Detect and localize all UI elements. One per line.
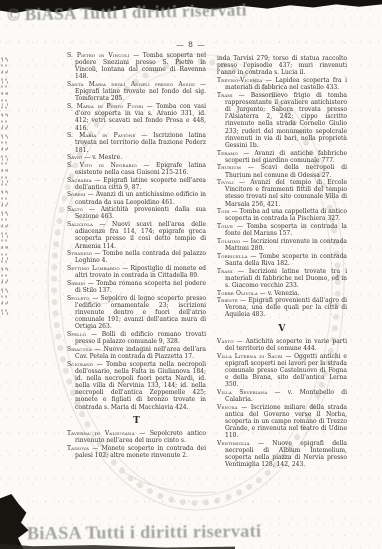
index-entry: Tolmino — Iscrizioni rinvenute in contra… — [217, 238, 347, 252]
entry-headword: S. Vito di Negrario — [67, 162, 137, 169]
entry-body: — Tomba ad una cappelletta di antico sco… — [225, 208, 347, 222]
entry-body: — Bassorilievo frigio di tomba rappresen… — [225, 92, 347, 149]
entry-body: — Avanzi di un antichissimo edificio in … — [75, 191, 206, 205]
section-heading: T — [67, 418, 206, 425]
entry-headword: Venosa — [217, 404, 238, 411]
section-heading: V — [217, 326, 347, 333]
entry-headword: Sacraria — [67, 177, 92, 184]
entry-headword: Stradigo — [67, 250, 92, 257]
index-entry: Soresi — Avanzi di un antichissimo edifi… — [67, 191, 206, 205]
entry-headword: Savio — [67, 154, 82, 161]
entry-headword: Todi — [217, 208, 230, 215]
index-entry: Spoleto — Sepolcro di legno scoperto pre… — [67, 295, 206, 331]
watermark-bottom: BiASA Tutti i diritti riservati — [27, 521, 262, 544]
entry-headword: Treviso-Vicenza — [217, 77, 262, 84]
scanned-page: { "page": { "top_watermark": "© BiASA Tu… — [0, 0, 382, 549]
index-entry: S. Maria in Porto Fuori — Tomba con vasi… — [67, 103, 206, 132]
entry-body: — Avanzi di antiche fabbriche scoperti n… — [225, 150, 347, 164]
index-entry: Stradigo — Tombe nella contrada del pala… — [67, 250, 206, 264]
index-entry: Sirmio — Tomba romana scoperta nel poder… — [67, 280, 206, 294]
entry-headword: Tolmino — [217, 238, 240, 245]
index-entry: Villa Literna di Sacri — Oggetti antichi… — [217, 353, 347, 389]
entry-headword: Tivoli — [217, 179, 234, 186]
entry-body: — Nuove indagini nell'area dell'ara Cav.… — [75, 346, 206, 360]
entry-headword: Tassova — [67, 445, 89, 452]
index-entry: Taverna in Valsugana — Sepolcreto antico… — [67, 430, 206, 444]
entry-headword: Salto — [67, 206, 83, 213]
index-entry: S. Maria in Pavione — Iscrizione latina … — [67, 132, 206, 153]
scan-blot-bottom-left — [0, 494, 30, 549]
entry-headword: Siracusa — [67, 346, 92, 353]
entry-headword: Teramo — [217, 150, 238, 157]
entry-headword: Trieste — [217, 297, 238, 304]
entry-body: — Monete scoperte in contrada dei palesi… — [75, 445, 206, 459]
index-entry: Tolve — Tomba scoperta in contrada la fo… — [217, 223, 347, 237]
index-entry: Santa Maria degli Angeli presso Assisi —… — [67, 81, 206, 102]
entry-headword: S. Maria in Porto Fuori — [67, 103, 143, 110]
index-entry: Settimo Lombardo — Ripostiglio di monete… — [67, 265, 206, 279]
entry-headword: Villa Severiana — [217, 389, 267, 396]
entry-headword: Ventimiglia — [217, 440, 250, 447]
entry-headword: S. Maria in Pavione — [67, 132, 136, 139]
entry-body: — Nuovi scavi nell'area delle adiacenze … — [75, 221, 206, 249]
entry-headword: Thurium — [217, 164, 241, 171]
entry-body: — Bolli di edificio romano trovati press… — [75, 331, 206, 345]
index-column-right: inda Tarvisi 279; torso di statua raccol… — [217, 55, 347, 469]
index-entry: Tivoli — Avanzi del tempio di Ercole Vin… — [217, 179, 347, 208]
index-column-left: S. Pietro in Vincoli — Tomba scoperta ne… — [67, 52, 206, 459]
entry-body: — v. Venezia. — [258, 290, 300, 297]
index-entry: Torricella — Tombe scoperte in contrada … — [217, 253, 347, 267]
entry-body: — Iscrizione miliare della strada antica… — [225, 404, 347, 440]
index-entry: Treviso-Vicenza — Lapidea scoperta fra i… — [217, 77, 347, 91]
entry-headword: Spello — [67, 331, 86, 338]
index-entry: inda Tarvisi 279; torso di statua raccol… — [217, 55, 347, 76]
index-entry: Tassova — Monete scoperte in contrada de… — [67, 445, 206, 459]
entry-headword: Santa Maria degli Angeli presso Assisi — [67, 81, 195, 88]
index-entry: Vasto — Antichità scoperte in varie part… — [217, 338, 347, 352]
entry-headword: V — [278, 324, 285, 334]
entry-headword: Trani — [217, 92, 233, 99]
entry-headword: Trani — [217, 268, 233, 275]
entry-headword: Vasto — [217, 338, 234, 345]
index-entry: Salto — Antichità provenienti dalla sua … — [67, 206, 206, 220]
index-entry: Siracusa — Nuove indagini nell'area dell… — [67, 346, 206, 360]
left-margin-speckle — [0, 55, 9, 315]
entry-body: — Tombe nella contrada del palazzo Loghi… — [75, 250, 206, 264]
entry-headword: Tolve — [217, 223, 233, 230]
index-entry: Trani — Iscrizioni latine trovate tra i … — [217, 268, 347, 289]
entry-headword: Villa Literna di Sacri — [217, 353, 283, 360]
entry-headword: S. Pietro in Vincoli — [67, 52, 129, 59]
entry-headword: Settimo Lombardo — [67, 265, 120, 272]
index-entry: Thurium — Scavi della necropoli di Thuri… — [217, 164, 347, 178]
entry-headword: Torre Olivola — [217, 290, 258, 297]
index-entry: Venosa — Iscrizione miliare della strada… — [217, 404, 347, 440]
index-entry: S. Pietro in Vincoli — Tomba scoperta ne… — [67, 52, 206, 81]
entry-body: — Sepolcro di legno scoperto presso l'ed… — [75, 295, 206, 331]
entry-body: — Tomba romana scoperta nel podere di St… — [75, 280, 206, 294]
entry-body: — Tomba scoperta in contrada la fonte de… — [225, 223, 347, 237]
entry-headword: Scignano — [67, 361, 93, 368]
index-entry: Torre Olivola — v. Venezia. — [217, 290, 347, 297]
entry-headword: Saliciola — [67, 221, 93, 228]
entry-body: — Antichità provenienti dalla sua Sezion… — [75, 206, 206, 220]
index-entry: Villa Severiana — v. Montebello di Calab… — [217, 389, 347, 403]
entry-body: — Epigrafi provenienti dall'agro di Vero… — [225, 297, 347, 318]
entry-headword: T — [133, 416, 140, 426]
index-entry: Saliciola — Nuovi scavi nell'area delle … — [67, 221, 206, 250]
entry-body: — Tomba scoperta nella necropoli dell'os… — [75, 361, 206, 411]
index-entry: Spello — Bolli di edificio romano trovat… — [67, 331, 206, 345]
entry-body: inda Tarvisi 279; torso di statua raccol… — [217, 55, 347, 76]
entry-body: — v. Mestre. — [82, 154, 122, 161]
index-entry: Savio — v. Mestre. — [67, 154, 206, 161]
index-entry: Ventimiglia — Nuove epigrafi della necro… — [217, 440, 347, 469]
index-entry: S. Vito di Negrario — Epigrafe latina es… — [67, 162, 206, 176]
index-entry: Trieste — Epigrafi provenienti dall'agro… — [217, 297, 347, 318]
index-entry: Sacraria — Epigrafi latine scoperte nell… — [67, 177, 206, 191]
entry-body: — Scavi della necropoli di Thurium nel c… — [225, 164, 347, 178]
entry-headword: Torricella — [217, 253, 248, 260]
entry-headword: Sirmio — [67, 280, 86, 287]
index-entry: Trani — Bassorilievo frigio di tomba rap… — [217, 92, 347, 149]
index-entry: Todi — Tomba ad una cappelletta di antic… — [217, 208, 347, 222]
entry-body: — Epigrafi latine scoperte nell'area del… — [75, 177, 206, 191]
entry-body: — Avanzi del tempio di Ercole Vincitore … — [225, 179, 347, 207]
page-number: — 8 — — [0, 40, 382, 49]
entry-headword: Taverna in Valsugana — [67, 430, 135, 437]
entry-headword: Spoleto — [67, 295, 90, 302]
entry-body: — Antichità scoperte in varie parti del … — [225, 338, 347, 352]
index-entry: Scignano — Tomba scoperta nella necropol… — [67, 361, 206, 411]
entry-headword: Soresi — [67, 191, 86, 198]
entry-body: — Iscrizioni latine trovate tra i materi… — [225, 268, 347, 289]
entry-body: — Iscrizioni rinvenute in contrada Matto… — [225, 238, 347, 252]
watermark-top: © BiASA Tutti i diritti riservati — [7, 0, 247, 25]
index-entry: Teramo — Avanzi di antiche fabbriche sco… — [217, 150, 347, 164]
